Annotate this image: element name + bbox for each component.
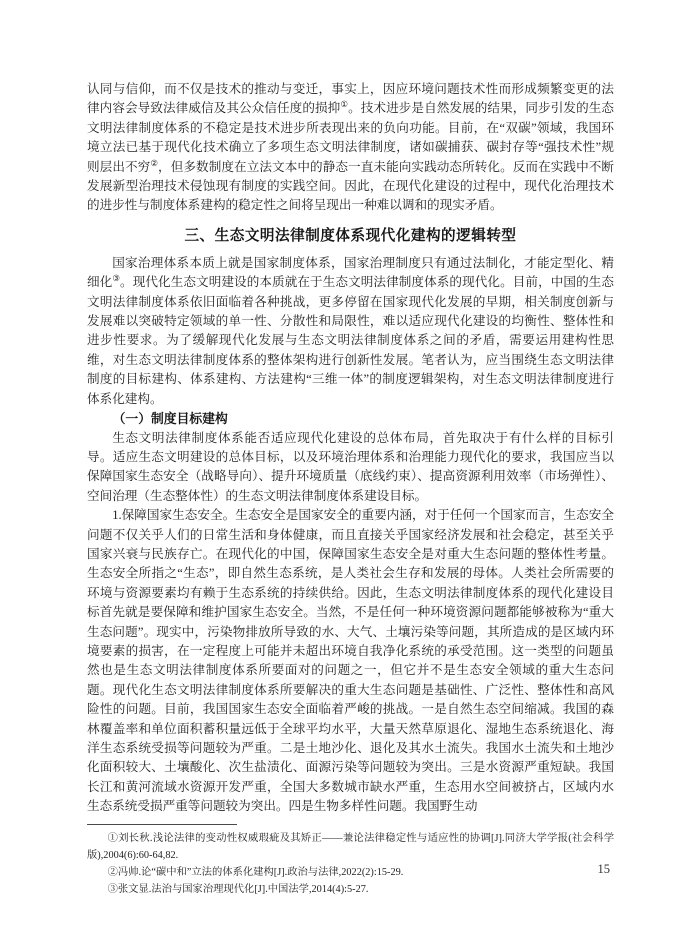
subsection-heading: （一）制度目标建构 [87, 409, 614, 428]
footnotes-section: ①刘长秋.浅论法律的变动性权威瑕疵及其矫正——兼论法律稳定性与适应性的协调[J]… [87, 830, 614, 898]
body-paragraph: 国家治理体系本质上就是国家制度体系，国家治理制度只有通过法制化，才能定型化、精细… [87, 254, 614, 409]
footnote-marker: ① [108, 833, 119, 844]
section-heading: 三、生态文明法律制度体系现代化建构的逻辑转型 [87, 225, 614, 247]
footnote-reference-marker: ③ [112, 273, 120, 283]
body-paragraph: 生态文明法律制度体系能否适应现代化建设的总体布局，首先取决于有什么样的目标引导。… [87, 429, 614, 507]
page-number: 15 [598, 862, 611, 877]
document-page: 认同与信仰，而不仅是技术的推动与变迁，事实上，因应环境问题技术性而形成频繁变更的… [0, 0, 700, 943]
footnote-marker: ② [108, 867, 118, 878]
footnote-separator [87, 824, 237, 825]
body-paragraph: 认同与信仰，而不仅是技术的推动与变迁，事实上，因应环境问题技术性而形成频繁变更的… [87, 80, 614, 216]
article-body: 认同与信仰，而不仅是技术的推动与变迁，事实上，因应环境问题技术性而形成频繁变更的… [87, 80, 614, 817]
footnote-reference-marker: ② [150, 157, 158, 167]
footnote-marker: ③ [108, 884, 118, 895]
footnote-reference-marker: ① [340, 99, 348, 109]
footnote-item: ③张文显.法治与国家治理现代化[J].中国法学,2014(4):5-27. [87, 881, 614, 898]
page-content: 认同与信仰，而不仅是技术的推动与变迁，事实上，因应环境问题技术性而形成频繁变更的… [87, 80, 614, 898]
footnote-item: ①刘长秋.浅论法律的变动性权威瑕疵及其矫正——兼论法律稳定性与适应性的协调[J]… [87, 830, 614, 864]
body-paragraph: 1.保障国家生态安全。生态安全是国家安全的重要内涵，对于任何一个国家而言，生态安… [87, 506, 614, 817]
footnote-item: ②冯帅.论“碳中和”立法的体系化建构[J].政治与法律,2022(2):15-2… [87, 864, 614, 881]
